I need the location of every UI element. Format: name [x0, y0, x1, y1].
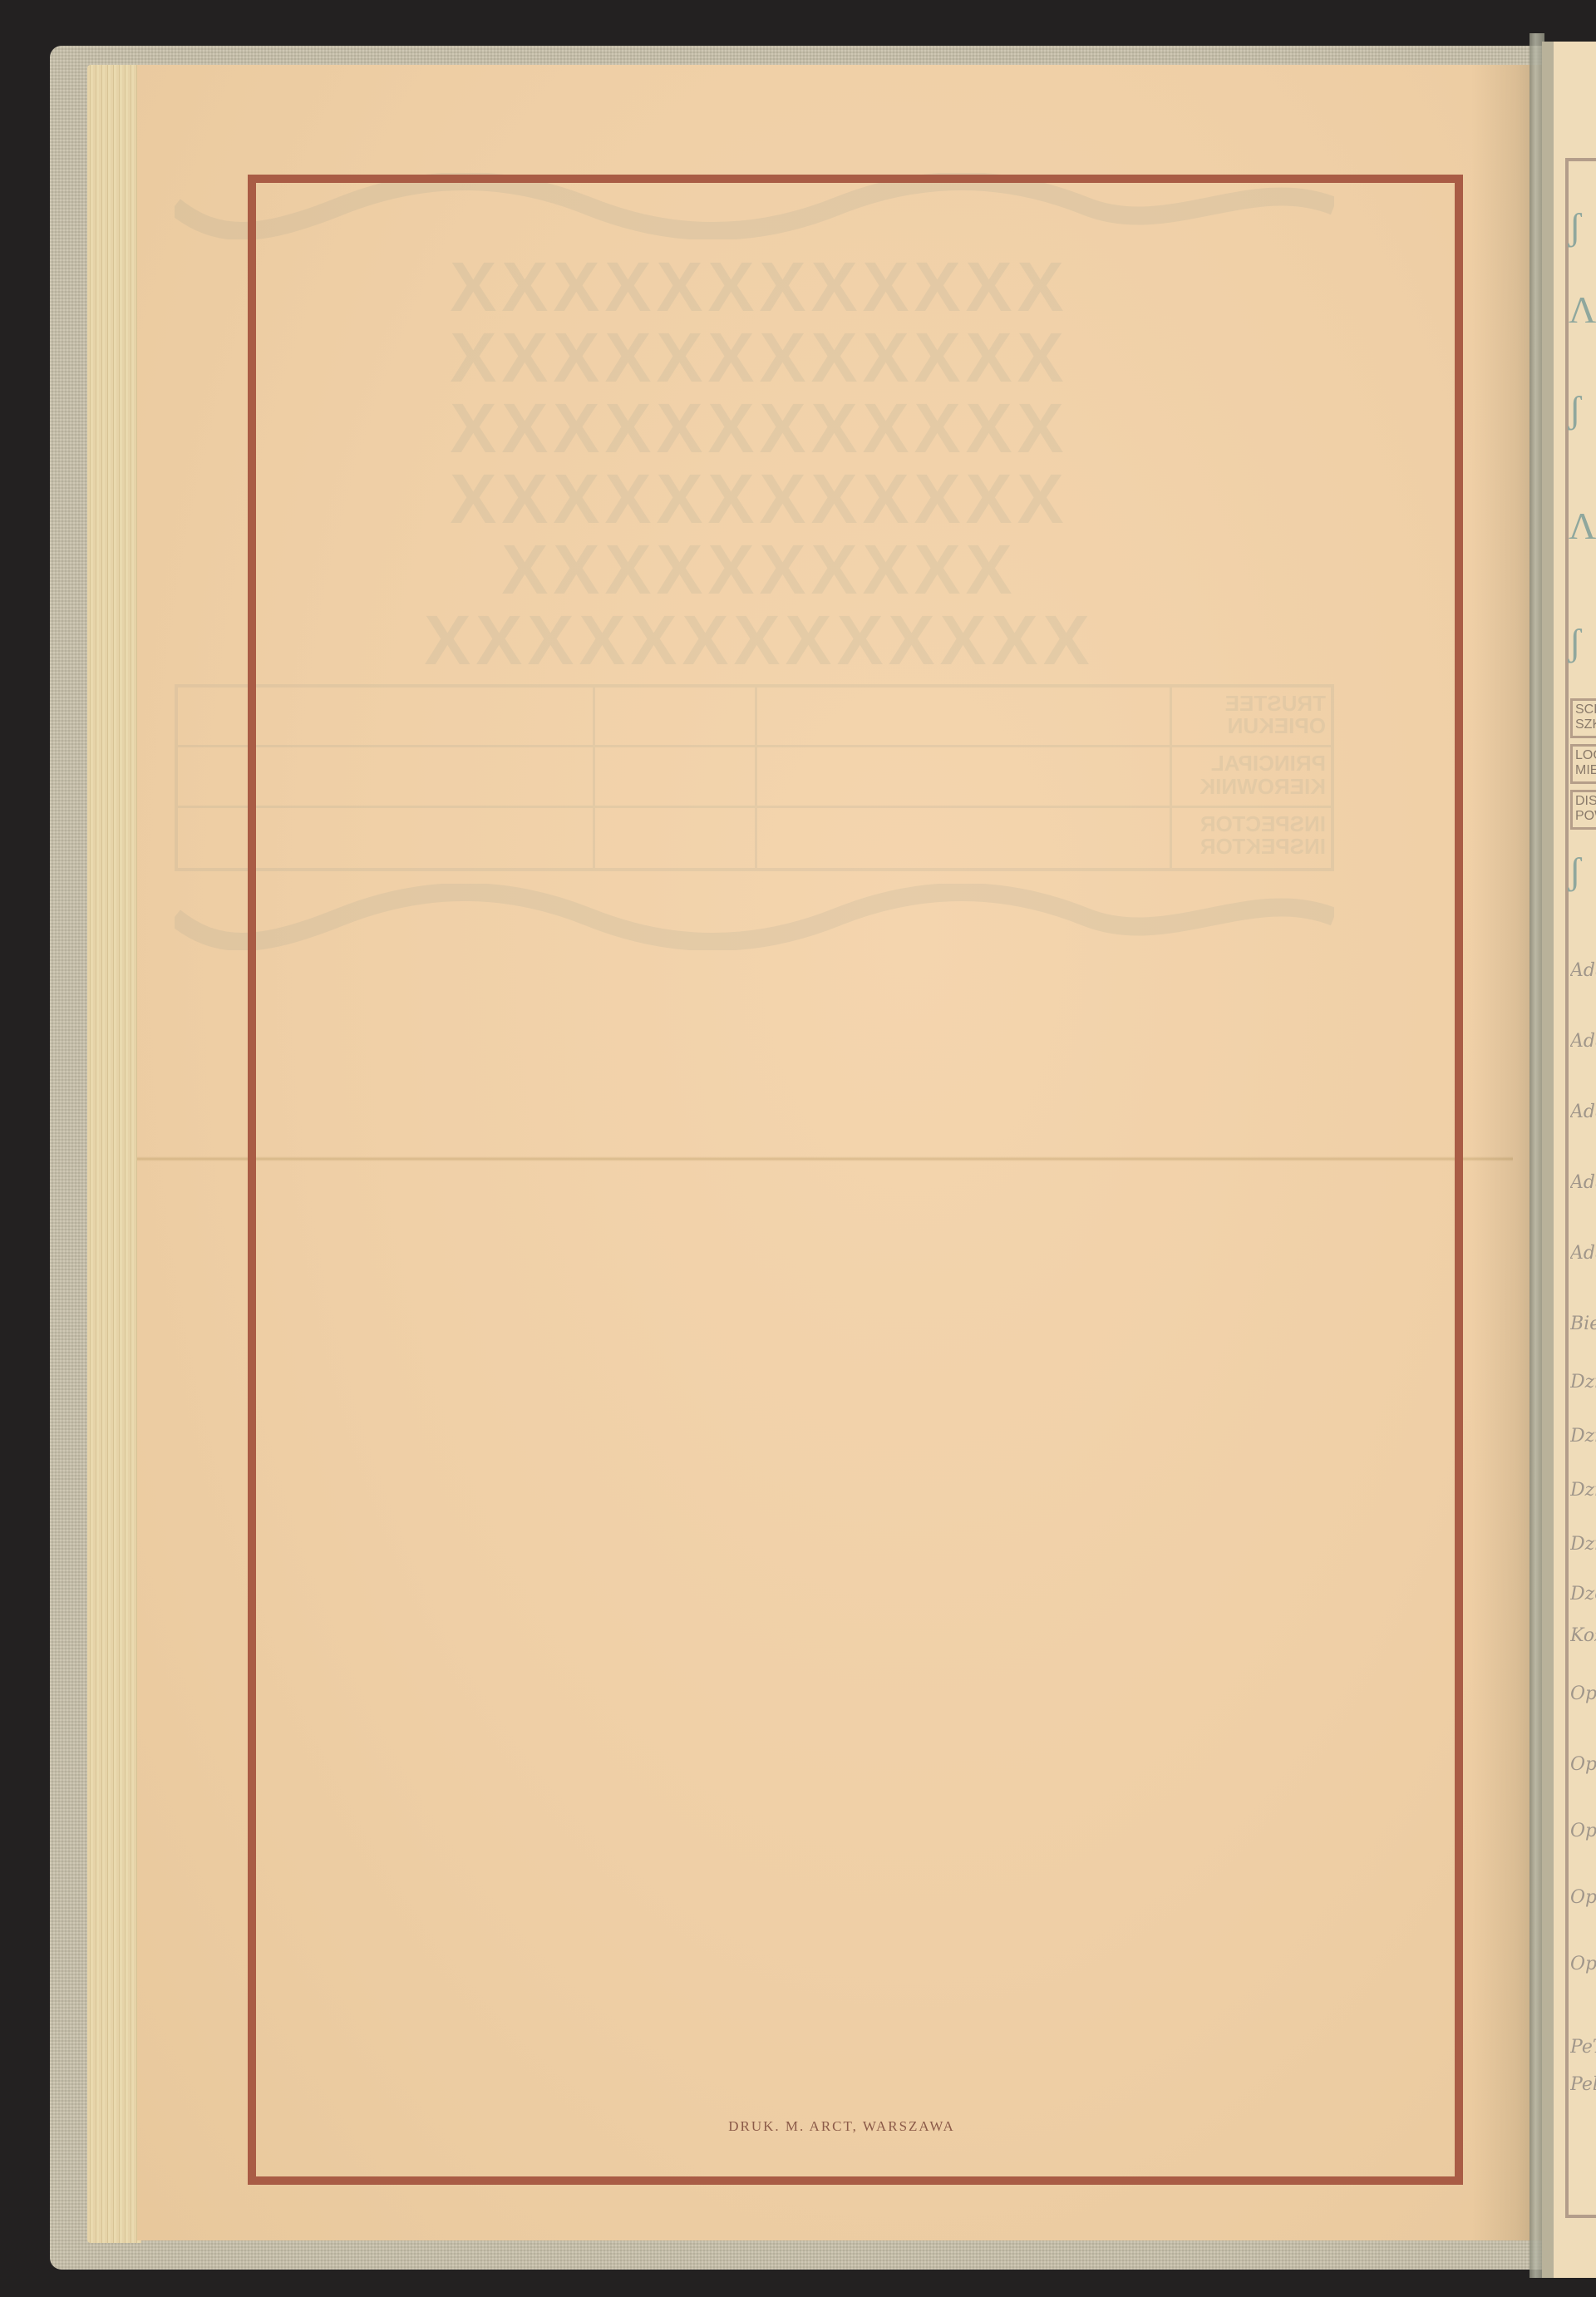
handwritten-name: Adam [1570, 1243, 1596, 1264]
handwritten-name: Pelat [1570, 2074, 1596, 2095]
facing-ornament-icon: ʃ [1569, 852, 1596, 890]
book-page: XXXXXXXXXXXX XXXXXXXXXXXX XXXXXXXXXXXX X… [137, 65, 1546, 2240]
handwritten-name: Dzi [1570, 1480, 1596, 1501]
handwritten-name: Bie [1570, 1314, 1596, 1334]
facing-ornament-icon: ʃ [1569, 624, 1596, 662]
handwritten-name: Dzi [1570, 1534, 1596, 1555]
handwritten-name: Kozik [1570, 1625, 1596, 1646]
facing-table-box: SCHO SZKO [1570, 698, 1596, 738]
page-stack-edges [87, 65, 141, 2243]
handwritten-name: Opie [1570, 1754, 1596, 1775]
facing-ornament-icon: ʃ [1569, 391, 1596, 429]
handwritten-name: Adam [1570, 1031, 1596, 1052]
handwritten-name: Adam [1570, 960, 1596, 981]
handwritten-name: Opie [1570, 1683, 1596, 1704]
facing-ornament-icon: Ʌ [1569, 507, 1596, 545]
facing-ornament-icon: ʃ [1569, 208, 1596, 246]
printer-imprint: DRUK. M. ARCT, WARSZAWA [137, 2118, 1546, 2135]
handwritten-name: Opie [1570, 1821, 1596, 1841]
handwritten-name: Adam [1570, 1102, 1596, 1122]
handwritten-name: Adam [1570, 1172, 1596, 1193]
facing-ornament-icon: Ʌ [1569, 291, 1596, 329]
facing-table-box: DIST POW [1570, 790, 1596, 830]
handwritten-name: Dzie [1570, 1372, 1596, 1392]
handwritten-name: PeTut [1570, 2037, 1596, 2058]
handwritten-name: Dze [1570, 1584, 1596, 1604]
facing-table-box: LOC MIE [1570, 744, 1596, 784]
handwritten-name: Opie [1570, 1887, 1596, 1908]
handwritten-name: Dzi [1570, 1426, 1596, 1447]
printed-border-frame [248, 175, 1463, 2185]
handwritten-name: Opie [1570, 1954, 1596, 1974]
facing-page-sliver: ʃ Ʌ ʃ Ʌ ʃ SCHO SZKO LOC MIE DIST POW ʃ A… [1542, 42, 1596, 2278]
